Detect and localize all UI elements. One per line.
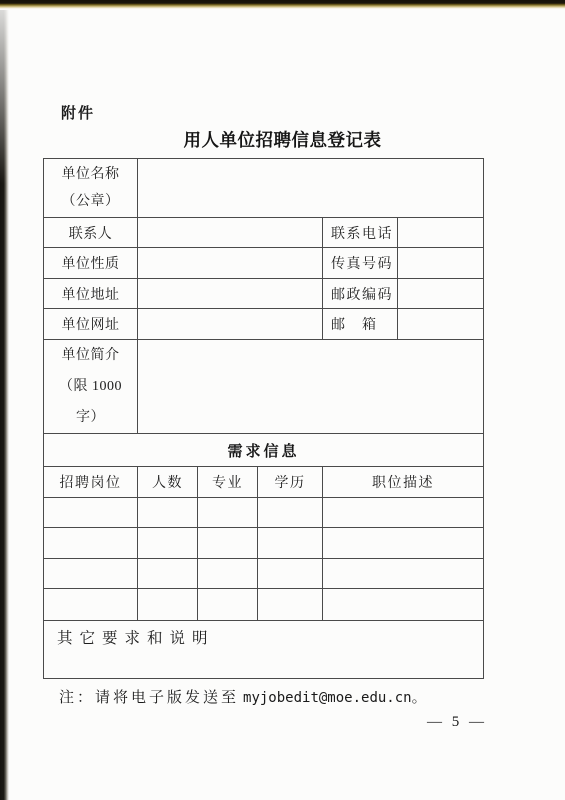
other-requirements-cell: 其它要求和说明: [44, 621, 484, 679]
demand-empty-cell: [323, 528, 484, 559]
demand-empty-cell: [138, 528, 198, 559]
demand-empty-row: [44, 498, 484, 528]
unit-name-label-line2: （公章）: [44, 188, 137, 215]
footer-note: 注：请将电子版发送至myjobedit@moe.edu.cn。: [59, 686, 430, 707]
row-unit-address: 单位地址 邮政编码: [44, 279, 484, 309]
row-demand-headers: 招聘岗位 人数 专业 学历 职位描述: [44, 467, 484, 498]
email-value-cell: [398, 309, 484, 340]
fax-number-value-cell: [398, 248, 484, 279]
demand-empty-cell: [198, 589, 258, 621]
demand-empty-cell: [44, 559, 138, 589]
demand-empty-cell: [323, 589, 484, 621]
demand-empty-cell: [138, 498, 198, 528]
demand-empty-cell: [198, 528, 258, 559]
unit-address-label-cell: 单位地址: [44, 279, 138, 309]
demand-empty-cell: [138, 589, 198, 621]
unit-intro-label-line3: 字）: [44, 402, 137, 433]
unit-type-label-cell: 单位性质: [44, 248, 138, 279]
demand-empty-cell: [323, 559, 484, 589]
unit-intro-label-line1: 单位简介: [44, 340, 137, 371]
unit-type-value-cell: [138, 248, 323, 279]
unit-website-label-cell: 单位网址: [44, 309, 138, 340]
demand-empty-cell: [44, 589, 138, 621]
row-unit-type: 单位性质 传真号码: [44, 248, 484, 279]
demand-empty-cell: [258, 559, 323, 589]
demand-header-position: 招聘岗位: [44, 467, 138, 498]
demand-empty-cell: [258, 528, 323, 559]
row-unit-intro: 单位简介 （限 1000 字）: [44, 340, 484, 434]
demand-empty-cell: [323, 498, 484, 528]
form-title: 用人单位招聘信息登记表: [0, 127, 565, 152]
demand-empty-cell: [258, 589, 323, 621]
unit-address-value-cell: [138, 279, 323, 309]
unit-name-label-line1: 单位名称: [44, 161, 137, 188]
unit-intro-label-cell: 单位简介 （限 1000 字）: [44, 340, 138, 434]
registration-form-table: 单位名称 （公章） 联系人 联系电话 单位性质 传真号码 单位地址 邮政编码 单…: [43, 158, 484, 679]
demand-empty-row: [44, 528, 484, 559]
demand-empty-cell: [44, 498, 138, 528]
page-number: — 5 —: [427, 714, 487, 731]
demand-header-count: 人数: [138, 467, 198, 498]
unit-intro-label-line2: （限 1000: [44, 371, 137, 402]
scan-top-edge-artifact: [0, 0, 565, 9]
contact-person-value-cell: [138, 218, 323, 248]
row-unit-name: 单位名称 （公章）: [44, 159, 484, 218]
demand-empty-cell: [44, 528, 138, 559]
demand-empty-cell: [198, 498, 258, 528]
postal-code-value-cell: [398, 279, 484, 309]
scanned-document-page: 附件 用人单位招聘信息登记表 单位名称 （公章） 联系人 联系电话 单位性质 传…: [0, 0, 565, 800]
row-demand-section-title: 需求信息: [44, 434, 484, 467]
row-unit-website: 单位网址 邮 箱: [44, 309, 484, 340]
demand-empty-row: [44, 559, 484, 589]
demand-empty-cell: [198, 559, 258, 589]
demand-empty-cell: [258, 498, 323, 528]
demand-header-education: 学历: [258, 467, 323, 498]
row-contact: 联系人 联系电话: [44, 218, 484, 248]
contact-person-label-cell: 联系人: [44, 218, 138, 248]
row-other-requirements: 其它要求和说明: [44, 621, 484, 679]
footer-note-email: myjobedit@moe.edu.cn: [243, 690, 412, 706]
fax-number-label-cell: 传真号码: [323, 248, 398, 279]
postal-code-label-cell: 邮政编码: [323, 279, 398, 309]
unit-website-value-cell: [138, 309, 323, 340]
demand-header-major: 专业: [198, 467, 258, 498]
demand-empty-cell: [138, 559, 198, 589]
demand-header-description: 职位描述: [323, 467, 484, 498]
unit-name-value-cell: [138, 159, 484, 218]
demand-empty-row: [44, 589, 484, 621]
contact-phone-value-cell: [398, 218, 484, 248]
unit-name-label-cell: 单位名称 （公章）: [44, 159, 138, 218]
footer-note-suffix: 。: [412, 690, 430, 706]
demand-section-title-cell: 需求信息: [44, 434, 484, 467]
footer-note-prefix: 注：请将电子版发送至: [59, 690, 239, 706]
email-label-cell: 邮 箱: [323, 309, 398, 340]
contact-phone-label-cell: 联系电话: [323, 218, 398, 248]
attachment-label: 附件: [61, 102, 95, 123]
unit-intro-value-cell: [138, 340, 484, 434]
